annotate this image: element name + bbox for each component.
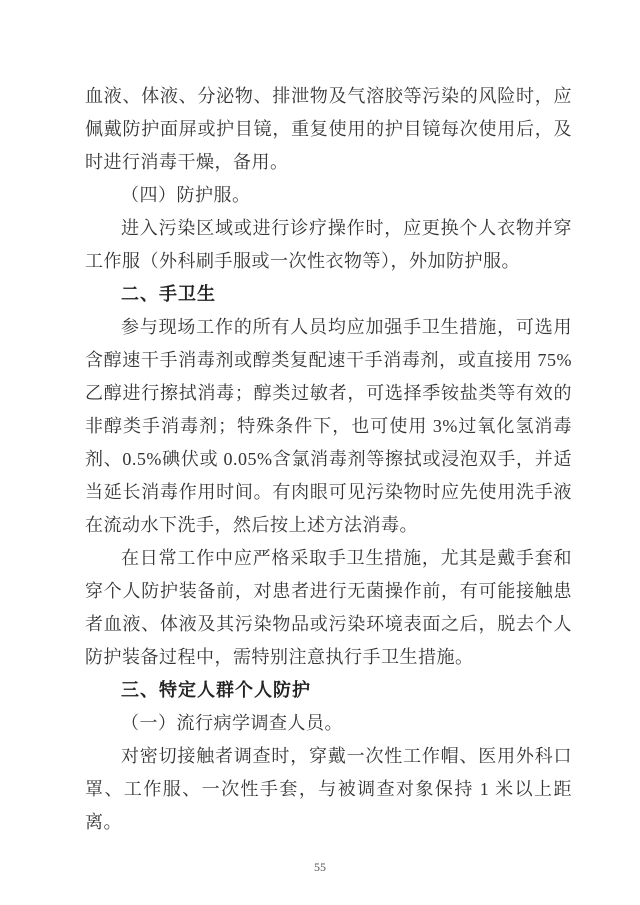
page-number: 55 [314, 860, 326, 874]
section-heading: 三、特定人群个人防护 [85, 674, 572, 707]
paragraph: 进入污染区域或进行诊疗操作时，应更换个人衣物并穿工作服（外科刷手服或一次性衣物等… [85, 212, 572, 278]
paragraph: 血液、体液、分泌物、排泄物及气溶胶等污染的风险时，应佩戴防护面屏或护目镜，重复使… [85, 80, 572, 179]
page-content: 血液、体液、分泌物、排泄物及气溶胶等污染的风险时，应佩戴防护面屏或护目镜，重复使… [85, 80, 572, 839]
paragraph: 参与现场工作的所有人员均应加强手卫生措施，可选用含醇速干手消毒剂或醇类复配速干手… [85, 311, 572, 542]
document-page: 血液、体液、分泌物、排泄物及气溶胶等污染的风险时，应佩戴防护面屏或护目镜，重复使… [0, 0, 640, 905]
paragraph: （四）防护服。 [85, 179, 572, 212]
page-footer: 55 [0, 858, 640, 876]
paragraph: （一）流行病学调查人员。 [85, 707, 572, 740]
paragraph: 在日常工作中应严格采取手卫生措施，尤其是戴手套和穿个人防护装备前，对患者进行无菌… [85, 542, 572, 674]
paragraph: 对密切接触者调查时，穿戴一次性工作帽、医用外科口罩、工作服、一次性手套，与被调查… [85, 740, 572, 839]
section-heading: 二、手卫生 [85, 278, 572, 311]
